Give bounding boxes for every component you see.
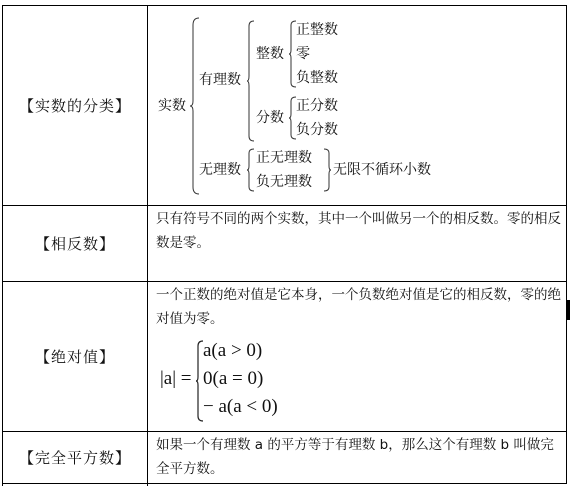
label-text: 【实数的分类】 <box>19 95 131 116</box>
tree-irrational: 无理数 <box>199 162 241 178</box>
label-text: 【绝对值】 <box>35 346 115 367</box>
label-text: 【相反数】 <box>35 233 115 254</box>
table-border-right <box>566 5 567 484</box>
tree-leaf: 正整数 <box>296 22 338 38</box>
row-label-absolute-value: 【绝对值】 <box>3 282 147 431</box>
tree-leaf: 负无理数 <box>256 174 312 190</box>
tree-leaf: 零 <box>296 46 310 62</box>
tree-leaf: 正无理数 <box>256 150 312 166</box>
tree-leaf: 正分数 <box>296 98 338 114</box>
row-divider <box>2 483 567 484</box>
tree-leaf: 负分数 <box>296 122 338 138</box>
tree-fraction: 分数 <box>256 110 284 126</box>
formula-lhs: |a| = <box>160 368 192 390</box>
formula-case: − a(a < 0) <box>203 396 278 418</box>
row-label-opposite-numbers: 【相反数】 <box>3 206 147 281</box>
definition-text: 只有符号不同的两个实数，其中一个叫做另一个的相反数。零的相反数是零。 <box>156 207 562 255</box>
tree-rational: 有理数 <box>199 72 241 88</box>
closing-brace-icon <box>322 148 332 192</box>
tree-root: 实数 <box>158 98 186 114</box>
tree-integer: 整数 <box>256 46 284 62</box>
brace-icon <box>246 20 256 142</box>
column-divider <box>147 5 148 486</box>
text-cursor-mark <box>567 300 570 320</box>
definition-text: 一个正数的绝对值是它本身，一个负数绝对值是它的相反数，零的绝对值为零。 <box>156 283 562 331</box>
formula-case: 0(a = 0) <box>203 368 263 390</box>
label-text: 【完全平方数】 <box>19 447 131 468</box>
tree-leaf: 负整数 <box>296 70 338 86</box>
formula-case: a(a > 0) <box>203 340 262 362</box>
tree-note: 无限不循环小数 <box>333 162 431 178</box>
definition-text: 如果一个有理数 a 的平方等于有理数 b，那么这个有理数 b 叫做完全平方数。 <box>156 433 562 481</box>
row-label-real-number-classification: 【实数的分类】 <box>3 6 147 205</box>
brace-icon <box>246 148 256 192</box>
row-label-perfect-square: 【完全平方数】 <box>3 432 147 483</box>
